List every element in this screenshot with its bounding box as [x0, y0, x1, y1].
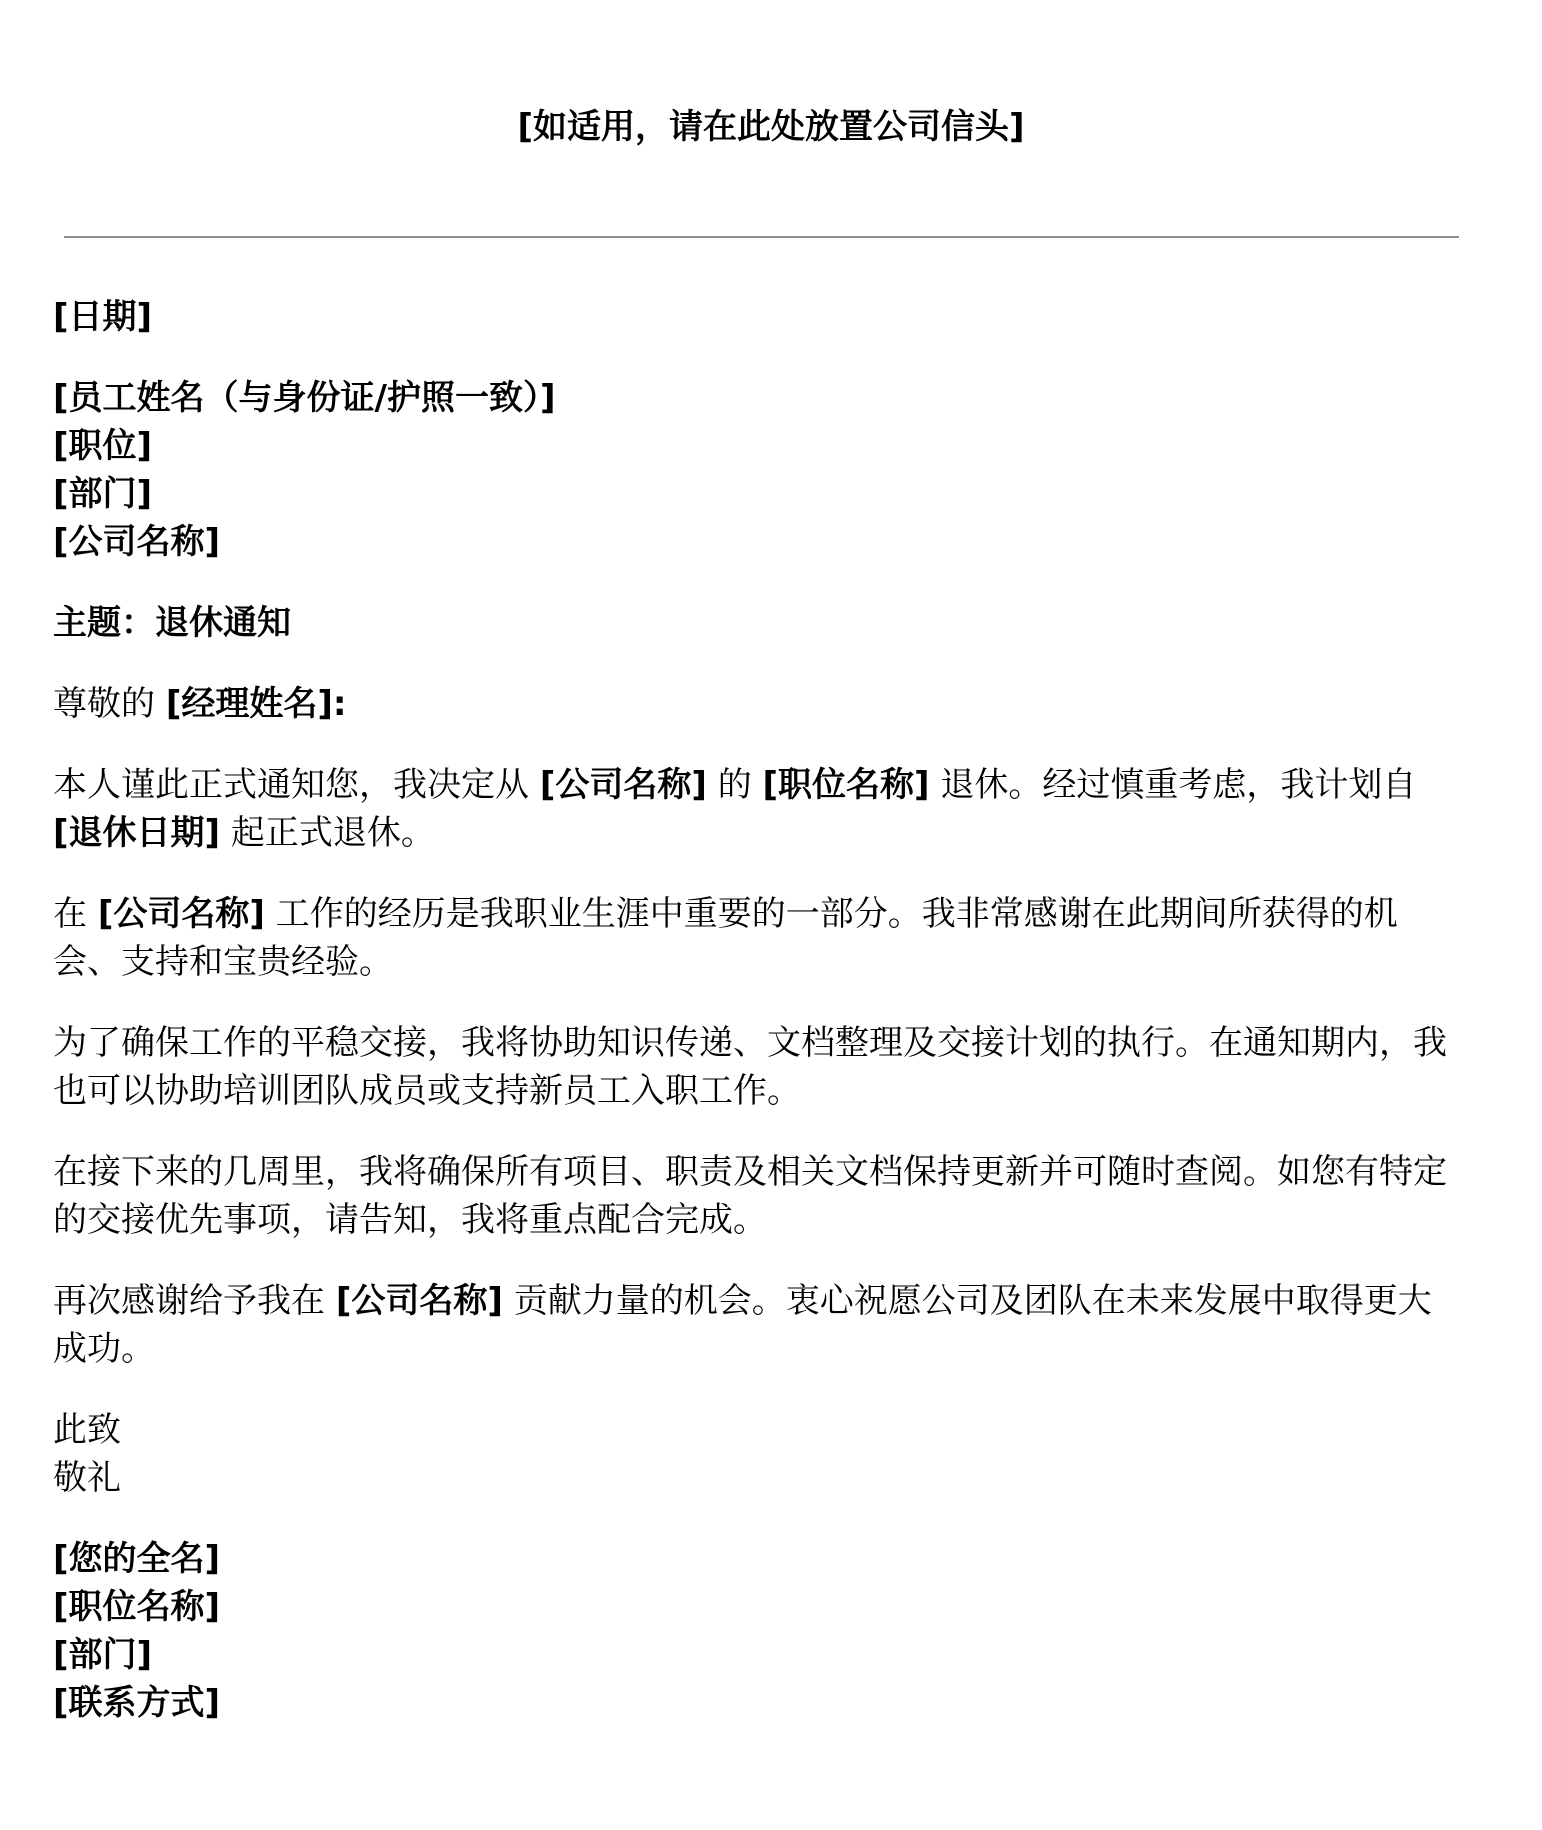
- text-run: 起正式退休。: [220, 813, 435, 853]
- placeholder-run: [公司名称]: [98, 894, 265, 934]
- horizontal-divider: [64, 236, 1459, 238]
- body-paragraph-5: 再次感谢给予我在 [公司名称] 贡献力量的机会。衷心祝愿公司及团队在未来发展中取…: [53, 1277, 1453, 1373]
- placeholder-run: [公司名称]: [540, 765, 707, 805]
- body-paragraph-2: 在 [公司名称] 工作的经历是我职业生涯中重要的一部分。我非常感谢在此期间所获得…: [53, 890, 1453, 986]
- body-paragraph-4: 在接下来的几周里，我将确保所有项目、职责及相关文档保持更新并可随时查阅。如您有特…: [53, 1148, 1453, 1244]
- body-paragraph-1: 本人谨此正式通知您，我决定从 [公司名称] 的 [职位名称] 退休。经过慎重考虑…: [53, 761, 1453, 857]
- date-placeholder: [日期]: [53, 293, 1453, 341]
- text-run: 再次感谢给予我在: [53, 1281, 336, 1321]
- closing-block: 此致敬礼: [53, 1406, 1453, 1502]
- text-run: 在: [53, 894, 98, 934]
- text-run: 的: [707, 765, 763, 805]
- body-paragraph-3: 为了确保工作的平稳交接，我将协助知识传递、文档整理及交接计划的执行。在通知期内，…: [53, 1019, 1453, 1115]
- placeholder-run: [职位名称]: [763, 765, 930, 805]
- letterhead-placeholder: [如适用，请在此处放置公司信头]: [53, 103, 1489, 151]
- placeholder-run: [公司名称]: [336, 1281, 503, 1321]
- placeholder-run: [退休日期]: [53, 813, 220, 853]
- text-run: 在接下来的几周里，我将确保所有项目、职责及相关文档保持更新并可随时查阅。如您有特…: [53, 1152, 1447, 1240]
- text-run: 本人谨此正式通知您，我决定从: [53, 765, 540, 805]
- letter-page: [如适用，请在此处放置公司信头] [日期] [员工姓名（与身份证/护照一致）][…: [0, 0, 1542, 1830]
- text-run: 退休。经过慎重考虑，我计划自: [930, 765, 1417, 805]
- signature-block: [您的全名][职位名称][部门][联系方式]: [53, 1535, 1453, 1727]
- text-run: 尊敬的: [53, 684, 166, 724]
- text-run: 为了确保工作的平稳交接，我将协助知识传递、文档整理及交接计划的执行。在通知期内，…: [53, 1023, 1447, 1111]
- placeholder-run: [经理姓名]:: [166, 684, 347, 724]
- salutation: 尊敬的 [经理姓名]:: [53, 680, 1453, 728]
- recipient-address-block: [员工姓名（与身份证/护照一致）][职位][部门][公司名称]: [53, 374, 1453, 566]
- subject-line: 主题：退休通知: [53, 599, 1453, 647]
